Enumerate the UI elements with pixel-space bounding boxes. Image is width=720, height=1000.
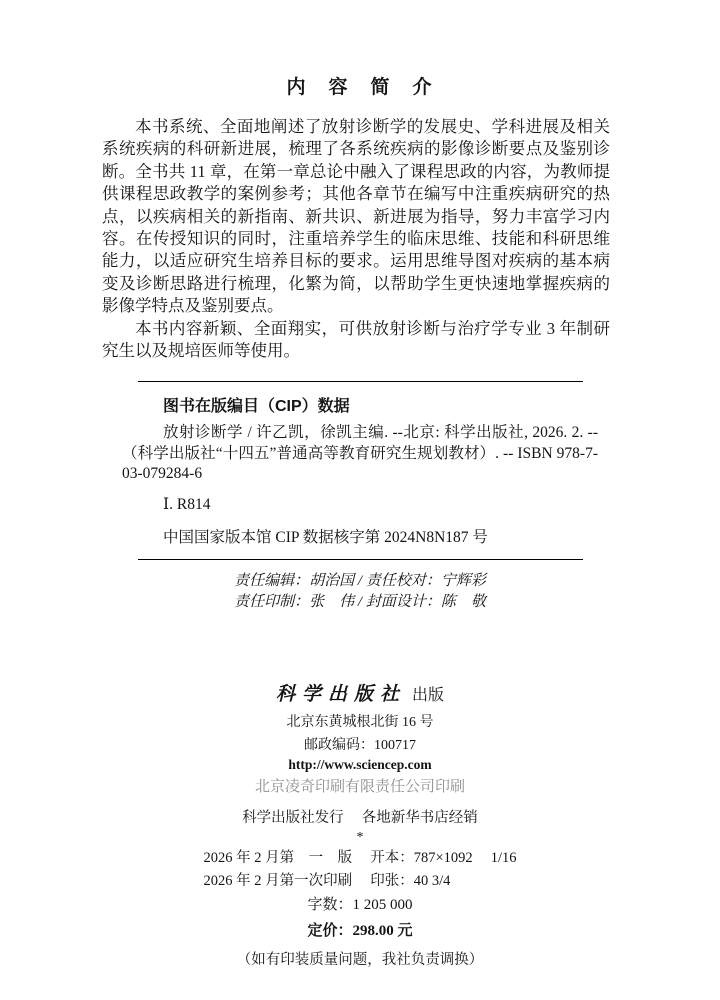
distribution-line: 科学出版社发行 各地新华书店经销 — [0, 806, 720, 827]
publisher-address: 北京东黄城根北街 16 号 — [0, 711, 720, 731]
credits-line-editor: 责任编辑：胡治国 / 责任校对：宁辉彩 — [0, 571, 720, 592]
separator-star: * — [0, 832, 720, 844]
edition-line-2: 2026 年 2 月第一次印刷 印张：40 3/4 — [203, 870, 516, 893]
publisher-suffix: 出版 — [412, 687, 444, 704]
publisher-website: http://www.sciencep.com — [0, 757, 720, 773]
publisher-line: 科学出版社 出版 — [0, 679, 720, 706]
intro-body: 本书系统、全面地阐述了放射诊断学的发展史、学科进展及相关系统疾病的科研新进展，梳… — [102, 116, 610, 362]
cip-heading: 图书在版编目（CIP）数据 — [163, 393, 600, 416]
edition-line-1: 2026 年 2 月第 一 版 开本：787×1092 1/16 — [203, 847, 516, 870]
responsibility-credits: 责任编辑：胡治国 / 责任校对：宁辉彩 责任印制：张 伟 / 封面设计：陈 敬 — [0, 571, 720, 613]
publisher-logo: 科学出版社 — [276, 684, 406, 705]
price-line: 定价：298.00 元 — [0, 919, 720, 940]
publisher-postcode: 邮政编码：100717 — [0, 734, 720, 754]
cip-entry: 放射诊断学 / 许乙凯，徐凯主编. --北京: 科学出版社, 2026. 2. … — [122, 423, 598, 485]
intro-title: 内 容 简 介 — [0, 0, 720, 99]
printer-line: 北京凌奇印刷有限责任公司印刷 — [0, 775, 720, 796]
cip-class-code: Ⅰ. R814 — [163, 495, 600, 514]
edition-block: 2026 年 2 月第 一 版 开本：787×1092 1/16 2026 年 … — [203, 847, 516, 892]
quality-notice-line: （如有印装质量问题，我社负责调换） — [0, 948, 720, 969]
cip-box: 图书在版编目（CIP）数据 放射诊断学 / 许乙凯，徐凯主编. --北京: 科学… — [122, 381, 600, 560]
intro-paragraph-2: 本书内容新颖、全面翔实，可供放射诊断与治疗学专业 3 年制研究生以及规培医师等使… — [102, 318, 610, 363]
colophon: 科学出版社 出版 北京东黄城根北街 16 号 邮政编码：100717 http:… — [0, 679, 720, 969]
cip-bottom-rule — [138, 559, 583, 560]
word-count-line: 字数：1 205 000 — [0, 893, 720, 914]
intro-paragraph-1: 本书系统、全面地阐述了放射诊断学的发展史、学科进展及相关系统疾病的科研新进展，梳… — [102, 116, 610, 318]
cip-registry-number: 中国国家版本馆 CIP 数据核字第 2024N8N187 号 — [163, 525, 600, 547]
book-copyright-page: 内 容 简 介 本书系统、全面地阐述了放射诊断学的发展史、学科进展及相关系统疾病… — [0, 0, 720, 1000]
credits-line-printing: 责任印制：张 伟 / 封面设计：陈 敬 — [0, 592, 720, 613]
edition-block-wrapper: 2026 年 2 月第 一 版 开本：787×1092 1/16 2026 年 … — [0, 844, 720, 892]
cip-top-rule — [138, 381, 583, 382]
